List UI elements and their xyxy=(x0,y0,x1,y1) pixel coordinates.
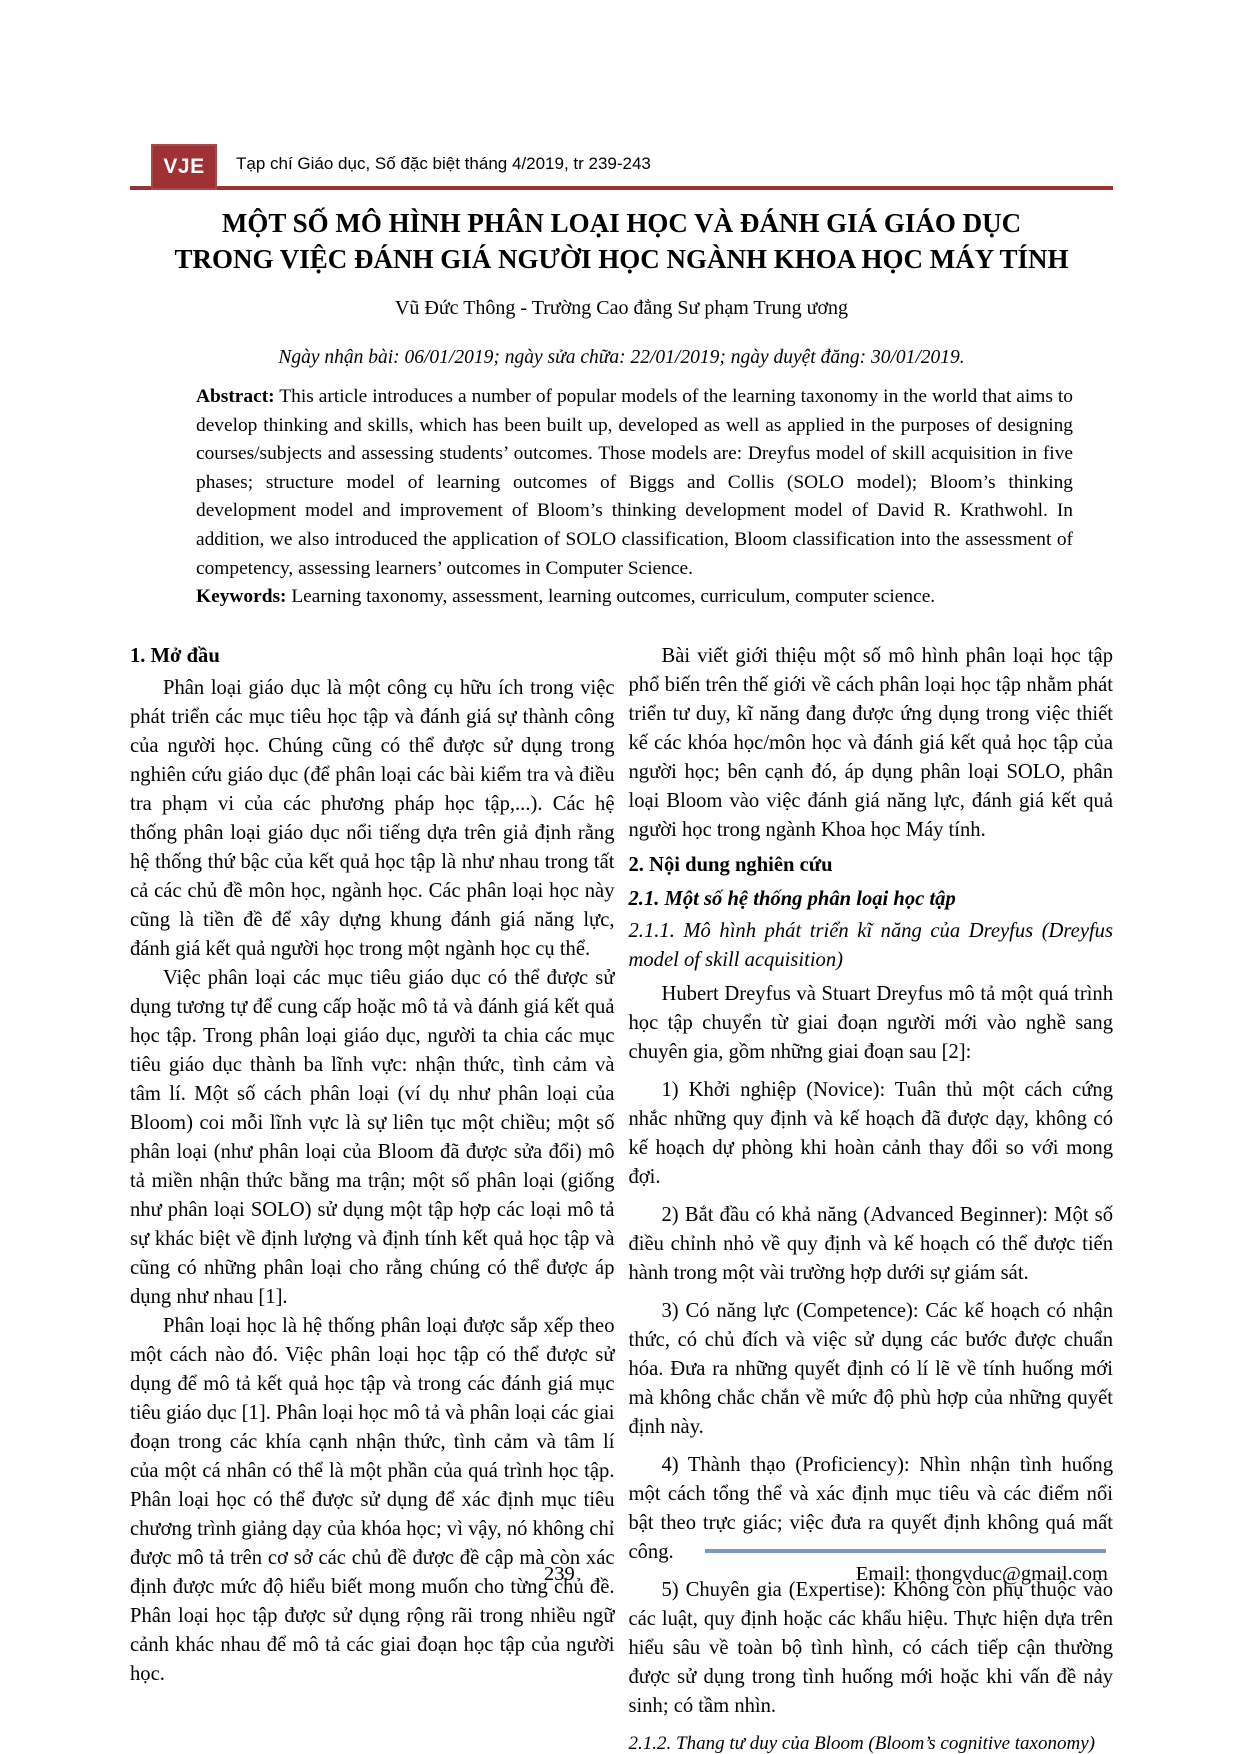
title-line-1: MỘT SỐ MÔ HÌNH PHÂN LOẠI HỌC VÀ ĐÁNH GIÁ… xyxy=(130,205,1113,241)
right-paragraph-2: Hubert Dreyfus và Stuart Dreyfus mô tả m… xyxy=(629,980,1114,1067)
abstract-text: This article introduces a number of popu… xyxy=(196,386,1073,579)
left-paragraph-1: Phân loại giáo dục là một công cụ hữu íc… xyxy=(130,674,615,964)
dates-line: Ngày nhận bài: 06/01/2019; ngày sửa chữa… xyxy=(130,347,1113,369)
footer-rule xyxy=(705,1549,1106,1553)
section-heading-2-1: 2.1. Một số hệ thống phân loại học tập xyxy=(629,885,1114,914)
keywords-text: Learning taxonomy, assessment, learning … xyxy=(286,586,935,607)
dreyfus-stage-1: 1) Khởi nghiệp (Novice): Tuân thủ một cá… xyxy=(629,1076,1114,1192)
abstract-block: Abstract: This article introduces a numb… xyxy=(196,383,1073,612)
page-content: VJE Tạp chí Giáo dục, Số đặc biệt tháng … xyxy=(130,0,1113,1754)
vje-logo: VJE xyxy=(151,144,217,190)
left-paragraph-3: Phân loại học là hệ thống phân loại được… xyxy=(130,1312,615,1689)
section-heading-2: 2. Nội dung nghiên cứu xyxy=(629,851,1114,880)
journal-issue-line: Tạp chí Giáo dục, Số đặc biệt tháng 4/20… xyxy=(236,154,651,174)
title-line-2: TRONG VIỆC ĐÁNH GIÁ NGƯỜI HỌC NGÀNH KHOA… xyxy=(130,241,1113,277)
author-line: Vũ Đức Thông - Trường Cao đẳng Sư phạm T… xyxy=(130,297,1113,320)
abstract-label: Abstract: xyxy=(196,386,275,407)
keywords-label: Keywords: xyxy=(196,586,286,607)
journal-page: VJE Tạp chí Giáo dục, Số đặc biệt tháng … xyxy=(0,0,1240,1754)
email-text: Email: thongvduc@gmail.com xyxy=(856,1563,1108,1586)
dreyfus-stage-2: 2) Bắt đầu có khả năng (Advanced Beginne… xyxy=(629,1201,1114,1288)
right-paragraph-1: Bài viết giới thiệu một số mô hình phân … xyxy=(629,642,1114,845)
masthead-rule xyxy=(130,186,1113,190)
section-heading-2-1-2: 2.1.2. Thang tư duy của Bloom (Bloom’s c… xyxy=(629,1729,1114,1754)
page-footer: 239 Email: thongvduc@gmail.com xyxy=(130,1549,1113,1619)
left-paragraph-2: Việc phân loại các mục tiêu giáo dục có … xyxy=(130,964,615,1312)
section-heading-2-1-1: 2.1.1. Mô hình phát triển kĩ năng của Dr… xyxy=(629,917,1114,975)
abstract-paragraph: Abstract: This article introduces a numb… xyxy=(196,383,1073,583)
page-number: 239 xyxy=(544,1563,575,1586)
section-heading-1: 1. Mở đầu xyxy=(130,642,615,671)
masthead: VJE Tạp chí Giáo dục, Số đặc biệt tháng … xyxy=(130,141,1113,190)
dreyfus-stage-3: 3) Có năng lực (Competence): Các kế hoạc… xyxy=(629,1297,1114,1442)
keywords-paragraph: Keywords: Learning taxonomy, assessment,… xyxy=(196,583,1073,612)
article-title: MỘT SỐ MÔ HÌNH PHÂN LOẠI HỌC VÀ ĐÁNH GIÁ… xyxy=(130,205,1113,277)
